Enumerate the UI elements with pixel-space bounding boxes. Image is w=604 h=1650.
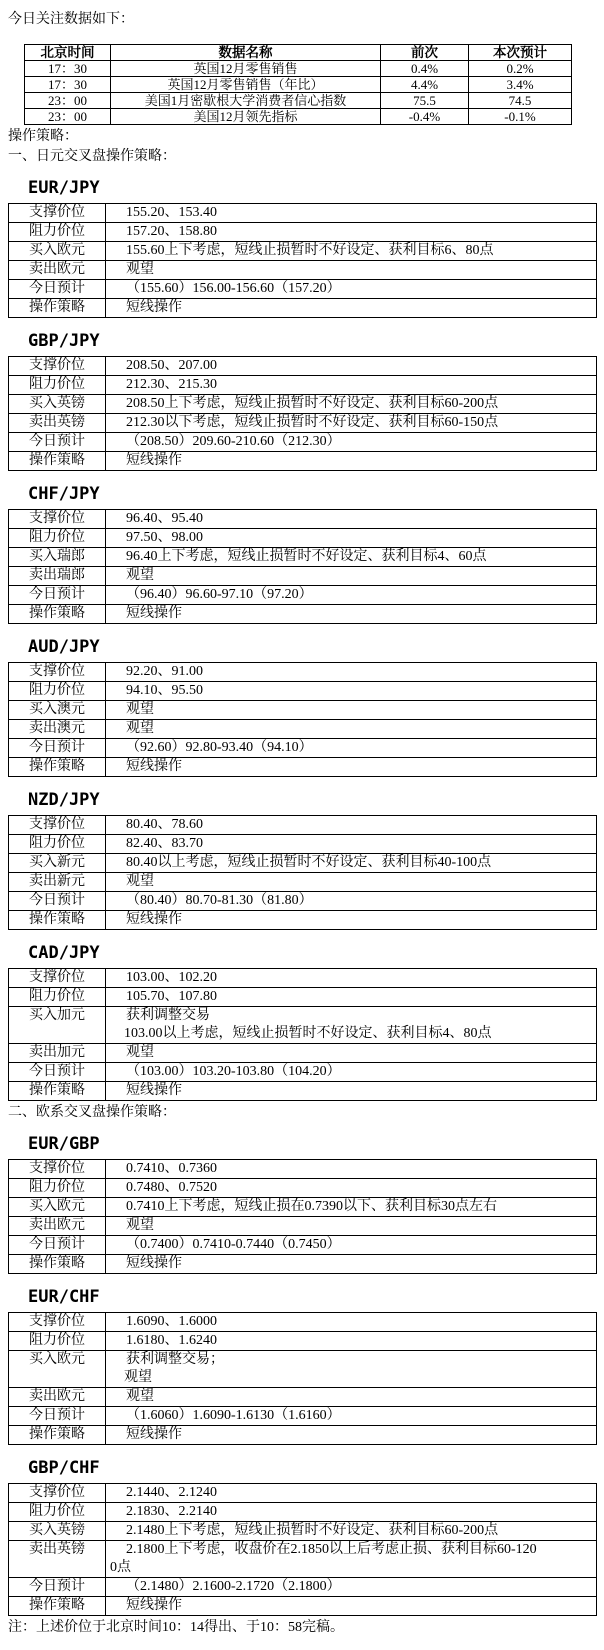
row-value: 94.10、95.50 — [106, 682, 597, 701]
row-label: 买入瑞郎 — [9, 548, 106, 567]
pair-title-gbp-jpy: GBP/JPY — [28, 331, 597, 351]
row-value: 2.1480上下考虑，短线止损暂时不好设定、获利目标60-200点 — [106, 1522, 597, 1541]
row-value: 212.30、215.30 — [106, 376, 597, 395]
row-value: 短线操作 — [106, 758, 597, 777]
row-label: 今日预计 — [9, 739, 106, 758]
pair-title-gbp-chf: GBP/CHF — [28, 1458, 597, 1478]
row-value: 观望 — [106, 1044, 597, 1063]
pair-table-aud-jpy: 支撑价位92.20、91.00 阻力价位94.10、95.50 买入澳元观望 卖… — [8, 662, 597, 777]
row-label: 买入欧元 — [9, 242, 106, 261]
table-row: 阻力价位0.7480、0.7520 — [9, 1179, 597, 1198]
table-row: 卖出英镑212.30以下考虑，短线止损暂时不好设定、获利目标60-150点 — [9, 414, 597, 433]
table-row: 买入欧元155.60上下考虑，短线止损暂时不好设定、获利目标6、80点 — [9, 242, 597, 261]
table-row: 卖出英镑2.1800上下考虑，收盘价在2.1850以上后考虑止损、获利目标60-… — [9, 1541, 597, 1578]
row-value: 观望 — [106, 1217, 597, 1236]
row-value: 2.1440、2.1240 — [106, 1484, 597, 1503]
table-row: 支撑价位208.50、207.00 — [9, 357, 597, 376]
col-header-previous: 前次 — [381, 45, 469, 61]
row-value: （96.40）96.60-97.10（97.20） — [106, 586, 597, 605]
cell-previous: -0.4% — [381, 109, 469, 125]
table-row: 操作策略短线操作 — [9, 758, 597, 777]
row-label: 今日预计 — [9, 1407, 106, 1426]
row-value: （208.50）209.60-210.60（212.30） — [106, 433, 597, 452]
row-value: 80.40、78.60 — [106, 816, 597, 835]
row-label: 支撑价位 — [9, 969, 106, 988]
row-label: 阻力价位 — [9, 835, 106, 854]
row-value: 观望 — [106, 1388, 597, 1407]
pair-title-cad-jpy: CAD/JPY — [28, 943, 597, 963]
table-row: 操作策略短线操作 — [9, 299, 597, 318]
row-value: 0.7480、0.7520 — [106, 1179, 597, 1198]
cell-forecast: 74.5 — [469, 93, 572, 109]
cell-data-name: 美国1月密歇根大学消费者信心指数 — [111, 93, 381, 109]
table-row: 买入瑞郎96.40上下考虑，短线止损暂时不好设定、获利目标4、60点 — [9, 548, 597, 567]
table-row: 支撑价位103.00、102.20 — [9, 969, 597, 988]
row-label: 阻力价位 — [9, 529, 106, 548]
row-label: 操作策略 — [9, 1255, 106, 1274]
row-label: 卖出英镑 — [9, 414, 106, 433]
table-row: 阻力价位82.40、83.70 — [9, 835, 597, 854]
row-label: 今日预计 — [9, 586, 106, 605]
row-label: 支撑价位 — [9, 663, 106, 682]
row-label: 卖出欧元 — [9, 261, 106, 280]
footnote-text: 注：上述价位于北京时间10：14得出、于10：58完稿。 — [8, 1616, 597, 1636]
table-row: 卖出欧元观望 — [9, 1388, 597, 1407]
row-value: 短线操作 — [106, 452, 597, 471]
table-row: 今日预计（0.7400）0.7410-0.7440（0.7450） — [9, 1236, 597, 1255]
row-label: 操作策略 — [9, 1082, 106, 1101]
row-label: 买入加元 — [9, 1007, 106, 1044]
row-value: 105.70、107.80 — [106, 988, 597, 1007]
table-row: 阻力价位94.10、95.50 — [9, 682, 597, 701]
table-row: 支撑价位96.40、95.40 — [9, 510, 597, 529]
table-row: 操作策略短线操作 — [9, 452, 597, 471]
row-value: （1.6060）1.6090-1.6130（1.6160） — [106, 1407, 597, 1426]
row-label: 操作策略 — [9, 299, 106, 318]
table-row: 今日预计（103.00）103.20-103.80（104.20） — [9, 1063, 597, 1082]
row-value: 短线操作 — [106, 1255, 597, 1274]
report-page: 今日关注数据如下： 北京时间 数据名称 前次 本次预计 17：30 英国12月零… — [0, 0, 604, 1650]
cell-data-name: 美国12月领先指标 — [111, 109, 381, 125]
row-value: 212.30以下考虑，短线止损暂时不好设定、获利目标60-150点 — [106, 414, 597, 433]
row-value: 2.1830、2.2140 — [106, 1503, 597, 1522]
intro-text: 今日关注数据如下： — [8, 8, 597, 28]
row-value: 获利调整交易 103.00以上考虑，短线止损暂时不好设定、获利目标4、80点 — [106, 1007, 597, 1044]
row-label: 支撑价位 — [9, 357, 106, 376]
cell-data-name: 英国12月零售销售（年比） — [111, 77, 381, 93]
table-row: 卖出欧元观望 — [9, 261, 597, 280]
cell-forecast: -0.1% — [469, 109, 572, 125]
table-row: 卖出欧元观望 — [9, 1217, 597, 1236]
row-label: 操作策略 — [9, 911, 106, 930]
row-label: 卖出欧元 — [9, 1388, 106, 1407]
table-row: 买入英镑2.1480上下考虑，短线止损暂时不好设定、获利目标60-200点 — [9, 1522, 597, 1541]
table-row: 支撑价位1.6090、1.6000 — [9, 1313, 597, 1332]
col-header-beijing-time: 北京时间 — [25, 45, 111, 61]
row-value: 96.40上下考虑，短线止损暂时不好设定、获利目标4、60点 — [106, 548, 597, 567]
table-row: 操作策略短线操作 — [9, 1082, 597, 1101]
table-row: 今日预计（96.40）96.60-97.10（97.20） — [9, 586, 597, 605]
row-value: 97.50、98.00 — [106, 529, 597, 548]
row-label: 阻力价位 — [9, 1332, 106, 1351]
row-value: 短线操作 — [106, 299, 597, 318]
table-row: 买入欧元获利调整交易； 观望 — [9, 1351, 597, 1388]
row-label: 卖出澳元 — [9, 720, 106, 739]
table-row: 阻力价位2.1830、2.2140 — [9, 1503, 597, 1522]
row-value: （92.60）92.80-93.40（94.10） — [106, 739, 597, 758]
row-label: 今日预计 — [9, 892, 106, 911]
row-label: 阻力价位 — [9, 1503, 106, 1522]
row-value: 1.6090、1.6000 — [106, 1313, 597, 1332]
table-row: 卖出加元观望 — [9, 1044, 597, 1063]
row-value: 155.60上下考虑，短线止损暂时不好设定、获利目标6、80点 — [106, 242, 597, 261]
row-label: 操作策略 — [9, 1597, 106, 1616]
row-value: 80.40以上考虑，短线止损暂时不好设定、获利目标40-100点 — [106, 854, 597, 873]
row-value: （2.1480）2.1600-2.1720（2.1800） — [106, 1578, 597, 1597]
table-row: 卖出澳元观望 — [9, 720, 597, 739]
row-value: 103.00、102.20 — [106, 969, 597, 988]
col-header-data-name: 数据名称 — [111, 45, 381, 61]
table-row: 今日预计（80.40）80.70-81.30（81.80） — [9, 892, 597, 911]
table-row: 支撑价位155.20、153.40 — [9, 204, 597, 223]
row-label: 卖出英镑 — [9, 1541, 106, 1578]
cell-previous: 4.4% — [381, 77, 469, 93]
row-label: 操作策略 — [9, 452, 106, 471]
table-row: 阻力价位105.70、107.80 — [9, 988, 597, 1007]
row-label: 操作策略 — [9, 605, 106, 624]
table-row: 支撑价位80.40、78.60 — [9, 816, 597, 835]
row-label: 阻力价位 — [9, 223, 106, 242]
row-value: （155.60）156.00-156.60（157.20） — [106, 280, 597, 299]
row-label: 阻力价位 — [9, 682, 106, 701]
pair-table-eur-gbp: 支撑价位0.7410、0.7360 阻力价位0.7480、0.7520 买入欧元… — [8, 1159, 597, 1274]
row-label: 阻力价位 — [9, 988, 106, 1007]
row-value: （80.40）80.70-81.30（81.80） — [106, 892, 597, 911]
row-label: 操作策略 — [9, 1426, 106, 1445]
table-row: 今日预计（155.60）156.00-156.60（157.20） — [9, 280, 597, 299]
cell-previous: 75.5 — [381, 93, 469, 109]
row-label: 买入新元 — [9, 854, 106, 873]
row-value: 观望 — [106, 701, 597, 720]
pair-table-chf-jpy: 支撑价位96.40、95.40 阻力价位97.50、98.00 买入瑞郎96.4… — [8, 509, 597, 624]
row-value: 208.50、207.00 — [106, 357, 597, 376]
economic-data-table: 北京时间 数据名称 前次 本次预计 17：30 英国12月零售销售 0.4% 0… — [24, 44, 572, 125]
row-label: 阻力价位 — [9, 1179, 106, 1198]
section2-heading: 二、欧系交叉盘操作策略： — [8, 1101, 597, 1121]
pair-title-eur-gbp: EUR/GBP — [28, 1134, 597, 1154]
table-row: 23：00 美国12月领先指标 -0.4% -0.1% — [25, 109, 572, 125]
table-row: 买入欧元0.7410上下考虑，短线止损在0.7390以下、获利目标30点左右 — [9, 1198, 597, 1217]
table-row: 17：30 英国12月零售销售 0.4% 0.2% — [25, 61, 572, 77]
row-value: 观望 — [106, 261, 597, 280]
pair-title-nzd-jpy: NZD/JPY — [28, 790, 597, 810]
table-row: 17：30 英国12月零售销售（年比） 4.4% 3.4% — [25, 77, 572, 93]
row-label: 买入欧元 — [9, 1351, 106, 1388]
pair-table-gbp-jpy: 支撑价位208.50、207.00 阻力价位212.30、215.30 买入英镑… — [8, 356, 597, 471]
row-value: 155.20、153.40 — [106, 204, 597, 223]
table-row: 买入英镑208.50上下考虑，短线止损暂时不好设定、获利目标60-200点 — [9, 395, 597, 414]
table-row: 操作策略短线操作 — [9, 911, 597, 930]
row-label: 今日预计 — [9, 433, 106, 452]
row-value: 0.7410、0.7360 — [106, 1160, 597, 1179]
table-header-row: 北京时间 数据名称 前次 本次预计 — [25, 45, 572, 61]
row-label: 买入澳元 — [9, 701, 106, 720]
section1-heading: 一、日元交叉盘操作策略： — [8, 145, 597, 165]
table-row: 今日预计（2.1480）2.1600-2.1720（2.1800） — [9, 1578, 597, 1597]
row-value: 208.50上下考虑，短线止损暂时不好设定、获利目标60-200点 — [106, 395, 597, 414]
cell-time: 23：00 — [25, 109, 111, 125]
table-row: 操作策略短线操作 — [9, 1426, 597, 1445]
strategy-heading: 操作策略： — [8, 125, 597, 145]
row-label: 买入英镑 — [9, 1522, 106, 1541]
pair-table-gbp-chf: 支撑价位2.1440、2.1240 阻力价位2.1830、2.2140 买入英镑… — [8, 1483, 597, 1616]
table-row: 阻力价位97.50、98.00 — [9, 529, 597, 548]
row-value: 1.6180、1.6240 — [106, 1332, 597, 1351]
table-row: 买入新元80.40以上考虑，短线止损暂时不好设定、获利目标40-100点 — [9, 854, 597, 873]
table-row: 阻力价位1.6180、1.6240 — [9, 1332, 597, 1351]
row-label: 今日预计 — [9, 1578, 106, 1597]
table-row: 买入加元获利调整交易 103.00以上考虑，短线止损暂时不好设定、获利目标4、8… — [9, 1007, 597, 1044]
row-value: （0.7400）0.7410-0.7440（0.7450） — [106, 1236, 597, 1255]
table-row: 今日预计（92.60）92.80-93.40（94.10） — [9, 739, 597, 758]
pair-table-cad-jpy: 支撑价位103.00、102.20 阻力价位105.70、107.80 买入加元… — [8, 968, 597, 1101]
table-row: 今日预计（1.6060）1.6090-1.6130（1.6160） — [9, 1407, 597, 1426]
row-label: 支撑价位 — [9, 816, 106, 835]
pair-table-eur-jpy: 支撑价位155.20、153.40 阻力价位157.20、158.80 买入欧元… — [8, 203, 597, 318]
row-value: 获利调整交易； 观望 — [106, 1351, 597, 1388]
pair-table-nzd-jpy: 支撑价位80.40、78.60 阻力价位82.40、83.70 买入新元80.4… — [8, 815, 597, 930]
table-row: 阻力价位157.20、158.80 — [9, 223, 597, 242]
row-value: 短线操作 — [106, 1082, 597, 1101]
row-value: 短线操作 — [106, 1426, 597, 1445]
cell-time: 17：30 — [25, 77, 111, 93]
row-value: 96.40、95.40 — [106, 510, 597, 529]
pair-title-eur-jpy: EUR/JPY — [28, 178, 597, 198]
row-label: 操作策略 — [9, 758, 106, 777]
table-row: 支撑价位92.20、91.00 — [9, 663, 597, 682]
table-row: 卖出新元观望 — [9, 873, 597, 892]
table-row: 卖出瑞郎观望 — [9, 567, 597, 586]
row-label: 今日预计 — [9, 1236, 106, 1255]
cell-data-name: 英国12月零售销售 — [111, 61, 381, 77]
row-value: 157.20、158.80 — [106, 223, 597, 242]
table-row: 支撑价位2.1440、2.1240 — [9, 1484, 597, 1503]
table-row: 操作策略短线操作 — [9, 605, 597, 624]
row-label: 支撑价位 — [9, 1313, 106, 1332]
row-label: 今日预计 — [9, 280, 106, 299]
row-label: 买入英镑 — [9, 395, 106, 414]
pair-table-eur-chf: 支撑价位1.6090、1.6000 阻力价位1.6180、1.6240 买入欧元… — [8, 1312, 597, 1445]
row-value: 观望 — [106, 567, 597, 586]
table-row: 买入澳元观望 — [9, 701, 597, 720]
cell-time: 17：30 — [25, 61, 111, 77]
row-label: 阻力价位 — [9, 376, 106, 395]
row-value: 2.1800上下考虑，收盘价在2.1850以上后考虑止损、获利目标60-120 … — [106, 1541, 597, 1578]
pair-title-eur-chf: EUR/CHF — [28, 1287, 597, 1307]
row-label: 卖出瑞郎 — [9, 567, 106, 586]
table-row: 23：00 美国1月密歇根大学消费者信心指数 75.5 74.5 — [25, 93, 572, 109]
cell-time: 23：00 — [25, 93, 111, 109]
row-label: 卖出欧元 — [9, 1217, 106, 1236]
row-value: 短线操作 — [106, 911, 597, 930]
row-value: 观望 — [106, 720, 597, 739]
row-value: 观望 — [106, 873, 597, 892]
pair-title-aud-jpy: AUD/JPY — [28, 637, 597, 657]
row-label: 卖出新元 — [9, 873, 106, 892]
cell-forecast: 3.4% — [469, 77, 572, 93]
col-header-forecast: 本次预计 — [469, 45, 572, 61]
table-row: 支撑价位0.7410、0.7360 — [9, 1160, 597, 1179]
row-label: 卖出加元 — [9, 1044, 106, 1063]
row-value: 短线操作 — [106, 1597, 597, 1616]
row-label: 支撑价位 — [9, 1160, 106, 1179]
row-value: 92.20、91.00 — [106, 663, 597, 682]
row-label: 买入欧元 — [9, 1198, 106, 1217]
row-label: 今日预计 — [9, 1063, 106, 1082]
row-label: 支撑价位 — [9, 510, 106, 529]
cell-forecast: 0.2% — [469, 61, 572, 77]
row-label: 支撑价位 — [9, 204, 106, 223]
pair-title-chf-jpy: CHF/JPY — [28, 484, 597, 504]
table-row: 操作策略短线操作 — [9, 1255, 597, 1274]
table-row: 操作策略短线操作 — [9, 1597, 597, 1616]
row-label: 支撑价位 — [9, 1484, 106, 1503]
table-row: 阻力价位212.30、215.30 — [9, 376, 597, 395]
row-value: 0.7410上下考虑，短线止损在0.7390以下、获利目标30点左右 — [106, 1198, 597, 1217]
row-value: 短线操作 — [106, 605, 597, 624]
row-value: （103.00）103.20-103.80（104.20） — [106, 1063, 597, 1082]
row-value: 82.40、83.70 — [106, 835, 597, 854]
cell-previous: 0.4% — [381, 61, 469, 77]
table-row: 今日预计（208.50）209.60-210.60（212.30） — [9, 433, 597, 452]
